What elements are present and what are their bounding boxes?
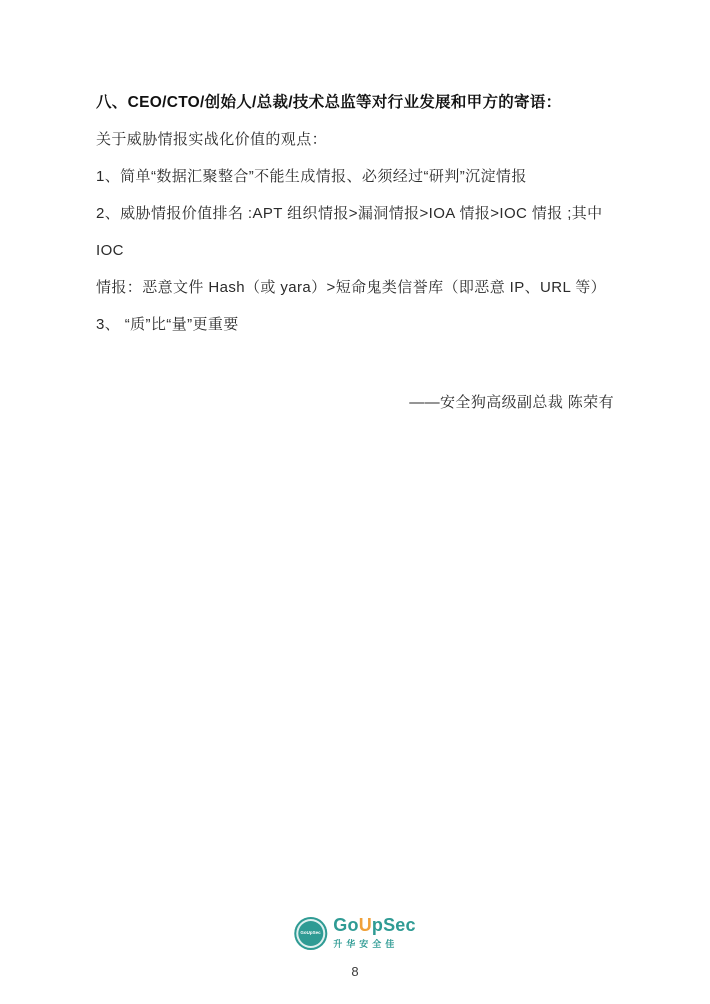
goupsec-tagline: 升华安全佳 [333,937,415,950]
page-number: 8 [351,964,358,979]
intro-line: 关于威胁情报实战化价值的观点： [96,121,614,158]
page-footer: GoUpSec GoUpSec 升华安全佳 8 [0,904,710,1004]
list-item-2: 2、威胁情报价值排名 :APT 组织情报>漏洞情报>IOA 情报>IOC 情报 … [96,195,614,269]
goupsec-wordmark-text: GoUpSec [333,916,415,934]
document-page: 八、CEO/CTO/创始人/总裁/技术总监等对行业发展和甲方的寄语： 关于威胁情… [0,0,710,1004]
goupsec-seal-text: GoUpSec [301,930,321,935]
wordmark-part-u: U [359,915,372,935]
wordmark-part-psec: pSec [372,915,416,935]
goupsec-logo: GoUpSec GoUpSec 升华安全佳 [294,916,415,950]
goupsec-wordmark: GoUpSec 升华安全佳 [333,916,415,950]
wordmark-part-go: Go [333,915,358,935]
attribution-line: ——安全狗高级副总裁 陈荣有 [96,384,614,421]
section-heading: 八、CEO/CTO/创始人/总裁/技术总监等对行业发展和甲方的寄语： [96,84,614,121]
goupsec-seal-icon: GoUpSec [294,917,327,950]
list-item-1: 1、简单“数据汇聚整合”不能生成情报、必须经过“研判”沉淀情报 [96,158,614,195]
list-item-3: 3、 “质”比“量”更重要 [96,306,614,343]
list-item-2-continued: 情报：恶意文件 Hash（或 yara）>短命鬼类信誉库（即恶意 IP、URL … [96,269,614,306]
